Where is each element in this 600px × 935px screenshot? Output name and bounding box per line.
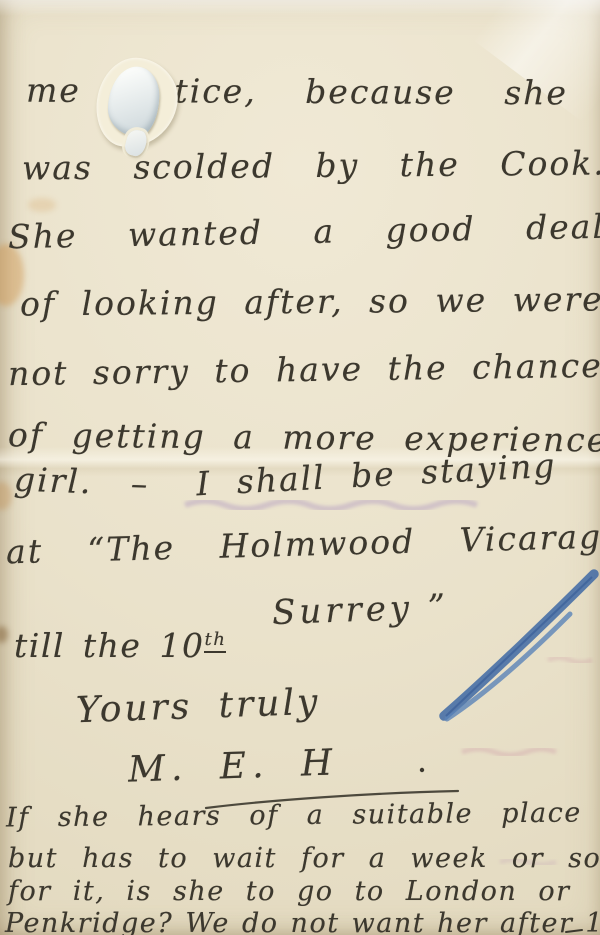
postscript-line-3: for it, is she to go to London or (8, 876, 571, 907)
ghost-text-line (185, 501, 477, 509)
postscript-text: Penkridge? We do not want her after 14 (5, 908, 600, 935)
letter-line-county: Surrey ” (271, 587, 450, 633)
postscript-line-1: If she hears of a suitable place (6, 797, 582, 833)
blue-crayon-stroke-core (446, 577, 592, 716)
postscript-line-4: Penkridge? We do not want her after 14th… (5, 908, 600, 935)
edge-stain (0, 626, 8, 643)
letter-line-address: at “The Holmwood Vicarage” (6, 516, 600, 572)
paper-smudge (28, 198, 56, 212)
letter-line-2: was scolded by the Cook. (22, 143, 600, 187)
blue-crayon-stroke (447, 614, 570, 719)
letter-page: me notice, because she was scolded by th… (0, 0, 600, 935)
edge-stain (0, 482, 12, 510)
ghost-text-line (462, 749, 556, 755)
till-text: till the 10 (14, 626, 204, 665)
letter-line-5: not sorry to have the chance (8, 346, 600, 393)
corner-fold-highlight (380, 0, 600, 135)
letter-closing: Yours truly (75, 682, 321, 732)
letter-line-girl: girl. – (13, 460, 150, 504)
letter-line-3: She wanted a good deal (8, 207, 600, 256)
letter-line-4: of looking after, so we were (20, 279, 600, 323)
signature-period-dot (420, 768, 424, 772)
ghost-text-line (548, 658, 592, 663)
postscript-line-2: but has to wait for a week or so (8, 843, 600, 874)
letter-signature: M. E. H (127, 742, 339, 790)
blue-crayon-stroke (444, 574, 594, 716)
ordinal-superscript: th (204, 629, 226, 653)
torn-paper-hole-interior (107, 66, 161, 138)
letter-line-till: till the 10th (14, 626, 226, 665)
